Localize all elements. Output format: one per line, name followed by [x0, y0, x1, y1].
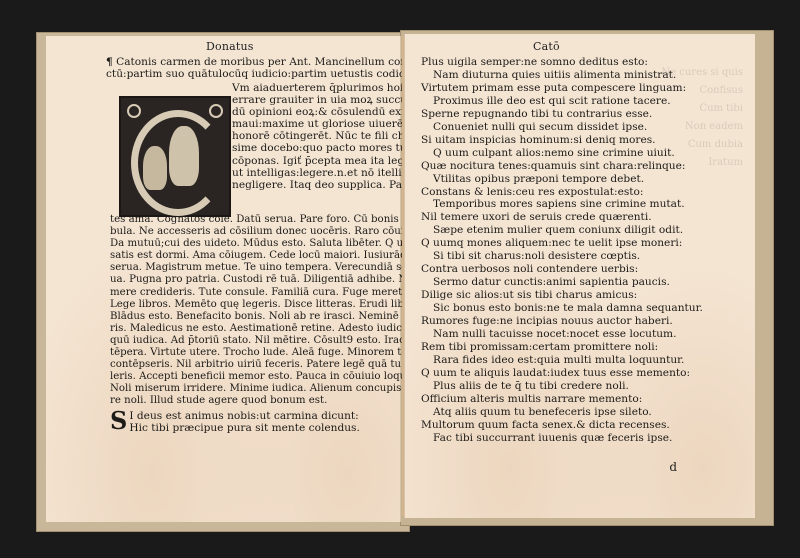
verse-line: Proximus ille deo est qui scit ratione t…: [421, 95, 703, 108]
text-line: Noli miserum irridere. Minime iudica. Al…: [110, 383, 439, 395]
right-page: Ne cures si quis Confisus Cum tibi Non e…: [404, 34, 755, 518]
text-line: satis est dormi. Ama cōiugem. Cede locū …: [110, 250, 439, 262]
page-header-left: Donatus: [206, 40, 254, 53]
verse-line: Si tibi sit charus:noli desistere cœptis…: [421, 250, 703, 263]
verse-line: Constans & lenis:ceu res expostulat:esto…: [421, 186, 703, 199]
putto-figure: [143, 146, 167, 190]
verse-line: Atq aliis quum tu benefeceris ipse silet…: [421, 406, 703, 419]
ornament-icon: [209, 104, 223, 118]
verse-line: Sermo datur cunctis:animi sapientia pauc…: [421, 276, 703, 289]
verse-line: Nil temere uxori de seruis crede quærent…: [421, 211, 703, 224]
verse-line: Rara fides ideo est:quia multi multa loq…: [421, 354, 703, 367]
text-line: ris. Maledicus ne esto. Aestimationē ret…: [110, 323, 439, 335]
body-text: tes ama. Cognatos cole. Datū serua. Pare…: [110, 214, 439, 408]
verse-line: Sic bonus esto bonis:ne te mala damna se…: [421, 302, 703, 315]
verse-line: Temporibus mores sapiens sine crimine mu…: [421, 198, 703, 211]
text-line: contēpseris. Nil arbitrio uiriū feceris.…: [110, 359, 439, 371]
verse-line: Plus aliis de te q̄ tu tibi credere noli…: [421, 380, 703, 393]
page-header-right: Catō: [533, 40, 560, 53]
drop-cap-s: S: [110, 410, 127, 432]
woodcut-initial-illustration: [119, 96, 231, 217]
text-line: Blādus esto. Benefacito bonis. Noli ab r…: [110, 311, 439, 323]
verse-line: Nam diuturna quies uitiis alimenta minis…: [421, 69, 703, 82]
verse-line: Q uumq mones aliquem:nec te uelit ipse m…: [421, 237, 703, 250]
text-line: Lege libros. Memēto quę legeris. Disce l…: [110, 299, 439, 311]
verse-line: Rem tibi promissam:certam promittere nol…: [421, 341, 703, 354]
verse-line: Nam nulli tacuisse nocet:nocet esse locu…: [421, 328, 703, 341]
verse-line: Conueniet nulli qui secum dissidet ipse.: [421, 121, 703, 134]
paragraph-mark-icon: ¶: [106, 56, 113, 68]
text-line: mere credideris. Tute consule. Familiā c…: [110, 287, 439, 299]
verse-line: Multorum quum facta senex.& dicta recens…: [421, 419, 703, 432]
verse-line: Q uum te aliquis laudat:iudex tuus esse …: [421, 367, 703, 380]
verse-line: Sperne repugnando tibi tu contrarius ess…: [421, 108, 703, 121]
text-line: serua. Magistrum metue. Te uino tempera.…: [110, 262, 439, 274]
text-line: tēpera. Virtute utere. Trocho lude. Aleā…: [110, 347, 439, 359]
text-line: Da mutuū;cui des uideto. Mūdus esto. Sal…: [110, 238, 439, 250]
verse-line: Dilige sic alios:ut sis tibi charus amic…: [421, 289, 703, 302]
text-line: leris. Accepti beneficii memor esto. Pau…: [110, 371, 439, 383]
verse-line: Quæ nocitura tenes:quamuis sint chara:re…: [421, 160, 703, 173]
intro-line: ¶ Catonis carmen de moribus per Ant. Man…: [106, 56, 425, 68]
verse-line: Rumores fuge:ne incipias nouus auctor ha…: [421, 315, 703, 328]
closing-verse: S I deus est animus nobis:ut carmina dic…: [110, 410, 341, 434]
ornament-icon: [127, 104, 141, 118]
verse-line: I deus est animus nobis:ut carmina dicun…: [110, 410, 341, 422]
verse-line: Fac tibi succurrant iuuenis quæ feceris …: [421, 432, 703, 445]
verse-line: Virtutem primam esse puta compescere lin…: [421, 82, 703, 95]
left-page: Donatus ¶ Catonis carmen de moribus per …: [46, 36, 401, 522]
intro-text: ¶ Catonis carmen de moribus per Ant. Man…: [106, 56, 425, 80]
verse-line: Contra uerbosos noli contendere uerbis:: [421, 263, 703, 276]
text-line: bula. Ne accesseris ad cōsilium donec uo…: [110, 226, 439, 238]
text-line: quū iudica. Ad p̄toriū stato. Nil mētire…: [110, 335, 439, 347]
text-line: tes ama. Cognatos cole. Datū serua. Pare…: [110, 214, 439, 226]
verse-line: Sæpe etenim mulier quem coniunx diligit …: [421, 224, 703, 237]
verse-line: Q uum culpant alios:nemo sine crimine ui…: [421, 147, 703, 160]
putto-figure: [169, 126, 199, 186]
verse-list: Plus uigila semper:ne somno deditus esto…: [421, 56, 703, 445]
verse-line: Officium alteris multis narrare memento:: [421, 393, 703, 406]
verse-line: Vtilitas opibus præponi tempore debet.: [421, 173, 703, 186]
signature-mark: d: [669, 460, 677, 474]
verse-line: Hic tibi præcipue pura sit mente colendu…: [110, 422, 341, 434]
verse-line: Plus uigila semper:ne somno deditus esto…: [421, 56, 703, 69]
verse-line: Si uitam inspicias hominum:si deniq more…: [421, 134, 703, 147]
intro-line: ctū:partim suo quātulocūq iudicio:partim…: [106, 68, 425, 80]
text-line: ua. Pugna pro patria. Custodi rē tuā. Di…: [110, 274, 439, 286]
open-book: Donatus ¶ Catonis carmen de moribus per …: [36, 30, 772, 530]
text-line: re noli. Illud stude agere quod bonum es…: [110, 395, 439, 407]
